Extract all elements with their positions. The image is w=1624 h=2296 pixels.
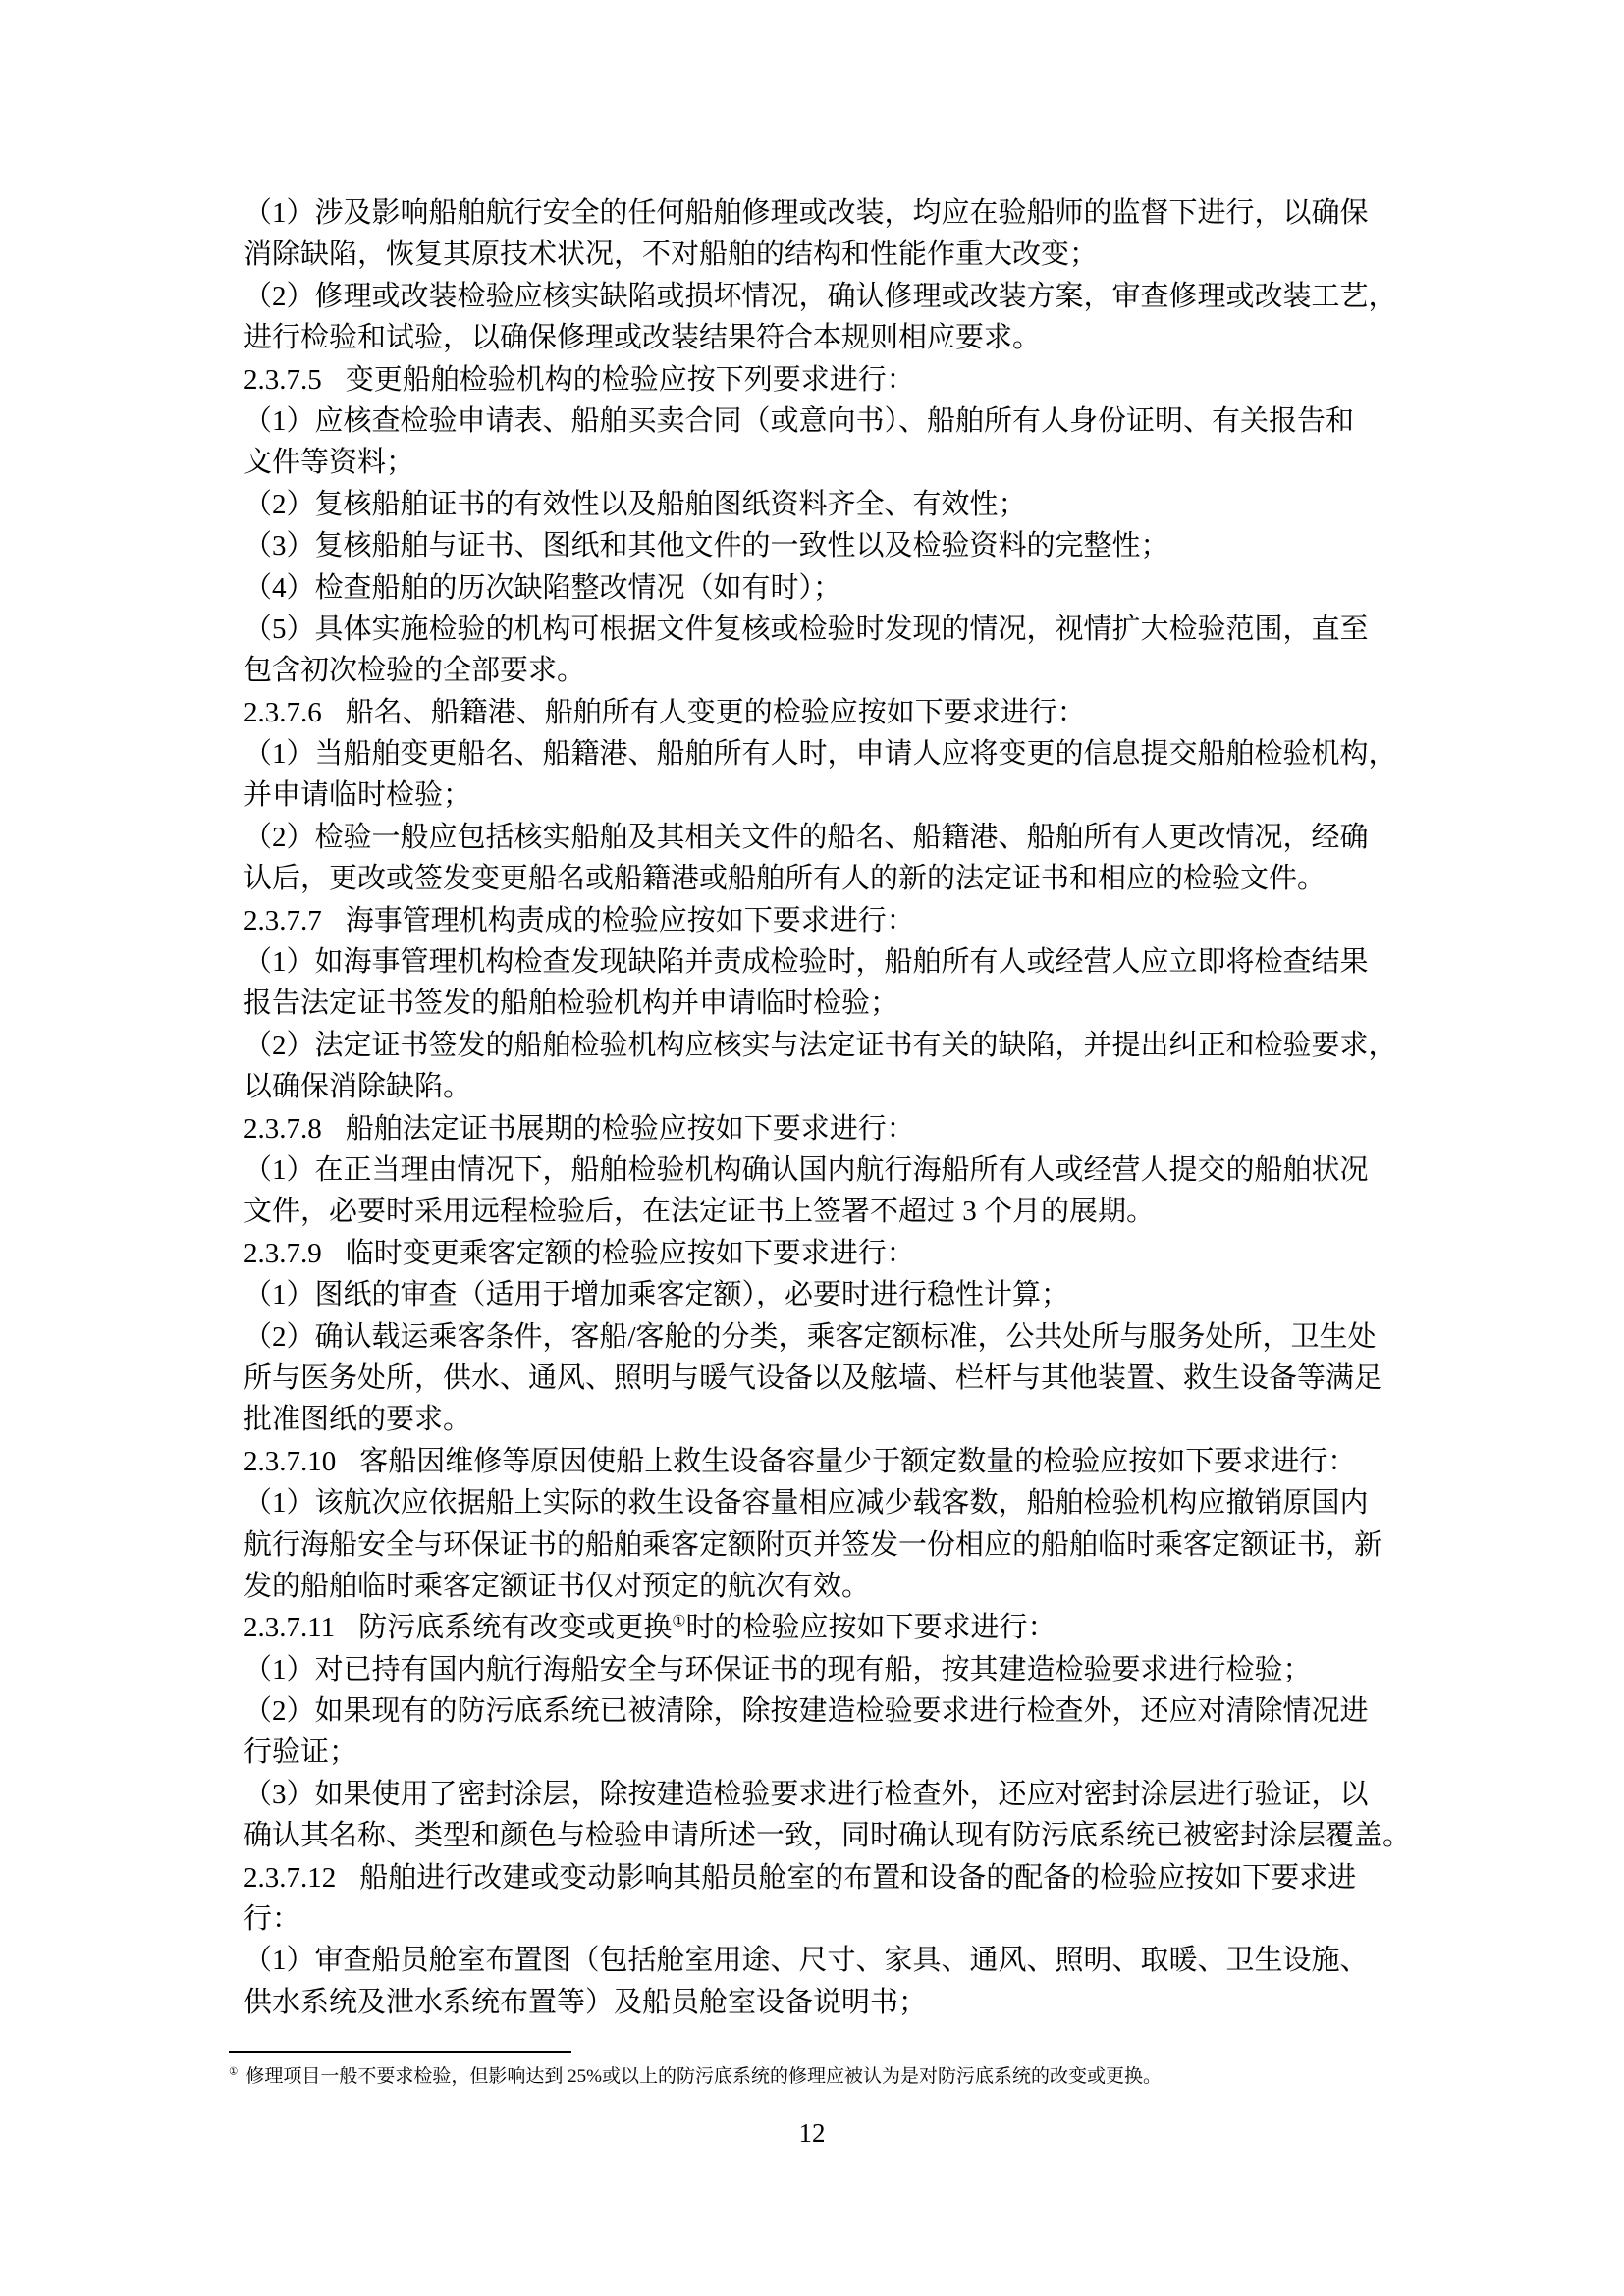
section-heading: 2.3.7.8船舶法定证书展期的检验应按如下要求进行： [244,1108,1406,1149]
footnote-reference: ① [672,1614,685,1630]
text-line: （3）如果使用了密封涂层，除按建造检验要求进行检查外，还应对密封涂层进行验证，以 [244,1774,1406,1815]
section-number: 2.3.7.6 [244,692,322,733]
section-heading: 2.3.7.9临时变更乘客定额的检验应按如下要求进行： [244,1233,1406,1274]
text-line: （1）应核查检验申请表、船舶买卖合同（或意向书）、船舶所有人身份证明、有关报告和 [244,400,1406,442]
text-line: 文件等资料； [244,442,1406,483]
section-number: 2.3.7.5 [244,359,322,400]
page-number: 12 [0,2118,1624,2149]
text-line: （2）检验一般应包括核实船舶及其相关文件的船名、船籍港、船舶所有人更改情况，经确 [244,817,1406,858]
text-line: 确认其名称、类型和颜色与检验申请所述一致，同时确认现有防污底系统已被密封涂层覆盖… [244,1815,1406,1856]
document-page: （1）涉及影响船舶航行安全的任何船舶修理或改装，均应在验船师的监督下进行，以确保… [0,0,1624,2296]
text-line: 航行海船安全与环保证书的船舶乘客定额附页并签发一份相应的船舶临时乘客定额证书，新 [244,1524,1406,1566]
text-line: （3）复核船舶与证书、图纸和其他文件的一致性以及检验资料的完整性； [244,525,1406,566]
text-line: （2）复核船舶证书的有效性以及船舶图纸资料齐全、有效性； [244,484,1406,525]
text-line: 行： [244,1898,1406,1940]
section-heading: 2.3.7.5变更船舶检验机构的检验应按下列要求进行： [244,359,1406,400]
section-number: 2.3.7.7 [244,900,322,941]
text-line: 认后，更改或签发变更船名或船籍港或船舶所有人的新的法定证书和相应的检验文件。 [244,858,1406,899]
text-line: （1）如海事管理机构检查发现缺陷并责成检验时，船舶所有人或经营人应立即将检查结果 [244,941,1406,983]
text-line: （1）该航次应依据船上实际的救生设备容量相应减少载客数，船舶检验机构应撤销原国内 [244,1482,1406,1523]
text-line: （1）图纸的审查（适用于增加乘客定额），必要时进行稳性计算； [244,1274,1406,1315]
section-heading: 2.3.7.11防污底系统有改变或更换①时的检验应按如下要求进行： [244,1607,1406,1648]
text-line: 文件，必要时采用远程检验后，在法定证书上签署不超过 3 个月的展期。 [244,1191,1406,1232]
text-line: 供水系统及泄水系统布置等）及船员舱室设备说明书； [244,1982,1406,2023]
text-line: （1）在正当理由情况下，船舶检验机构确认国内航行海船所有人或经营人提交的船舶状况 [244,1149,1406,1191]
document-body: （1）涉及影响船舶航行安全的任何船舶修理或改装，均应在验船师的监督下进行，以确保… [244,192,1406,2023]
text-line: 并申请临时检验； [244,774,1406,816]
text-line: （1）对已持有国内航行海船安全与环保证书的现有船，按其建造检验要求进行检验； [244,1649,1406,1690]
text-line: 行验证； [244,1732,1406,1773]
section-number: 2.3.7.9 [244,1233,322,1274]
text-line: （5）具体实施检验的机构可根据文件复核或检验时发现的情况，视情扩大检验范围，直至 [244,609,1406,650]
text-line: （1）审查船员舱室布置图（包括舱室用途、尺寸、家具、通风、照明、取暖、卫生设施、 [244,1940,1406,1981]
section-heading: 2.3.7.12船舶进行改建或变动影响其船员舱室的布置和设备的配备的检验应按如下… [244,1857,1406,1898]
footnote-marker: ① [229,2067,238,2078]
text-line: 报告法定证书签发的船舶检验机构并申请临时检验； [244,983,1406,1024]
text-line: 消除缺陷，恢复其原技术状况，不对船舶的结构和性能作重大改变； [244,234,1406,275]
footnote: ①修理项目一般不要求检验，但影响达到 25%或以上的防污底系统的修理应被认为是对… [229,2063,1407,2090]
text-line: （2）确认载运乘客条件，客船/客舱的分类，乘客定额标准，公共处所与服务处所，卫生… [244,1316,1406,1358]
text-line: （2）法定证书签发的船舶检验机构应核实与法定证书有关的缺陷，并提出纠正和检验要求… [244,1025,1406,1066]
section-heading: 2.3.7.10客船因维修等原因使船上救生设备容量少于额定数量的检验应按如下要求… [244,1441,1406,1482]
section-heading: 2.3.7.7海事管理机构责成的检验应按如下要求进行： [244,900,1406,941]
text-line: 批准图纸的要求。 [244,1399,1406,1440]
footnote-text: 修理项目一般不要求检验，但影响达到 25%或以上的防污底系统的修理应被认为是对防… [245,2066,1162,2087]
text-line: 发的船舶临时乘客定额证书仅对预定的航次有效。 [244,1566,1406,1607]
section-number: 2.3.7.8 [244,1108,322,1149]
text-line: （2）修理或改装检验应核实缺陷或损坏情况，确认修理或改装方案，审查修理或改装工艺… [244,276,1406,317]
text-line: （4）检查船舶的历次缺陷整改情况（如有时）； [244,567,1406,609]
section-number: 2.3.7.10 [244,1441,336,1482]
text-line: 包含初次检验的全部要求。 [244,650,1406,691]
footnote-separator [229,2051,571,2053]
section-number: 2.3.7.12 [244,1857,336,1898]
text-line: （1）涉及影响船舶航行安全的任何船舶修理或改装，均应在验船师的监督下进行，以确保 [244,192,1406,234]
text-line: （1）当船舶变更船名、船籍港、船舶所有人时，申请人应将变更的信息提交船舶检验机构… [244,733,1406,774]
text-line: （2）如果现有的防污底系统已被清除，除按建造检验要求进行检查外，还应对清除情况进 [244,1690,1406,1732]
section-heading: 2.3.7.6船名、船籍港、船舶所有人变更的检验应按如下要求进行： [244,692,1406,733]
section-number: 2.3.7.11 [244,1607,335,1648]
text-line: 进行检验和试验，以确保修理或改装结果符合本规则相应要求。 [244,317,1406,358]
text-line: 所与医务处所，供水、通风、照明与暖气设备以及舷墙、栏杆与其他装置、救生设备等满足 [244,1358,1406,1399]
text-line: 以确保消除缺陷。 [244,1066,1406,1107]
